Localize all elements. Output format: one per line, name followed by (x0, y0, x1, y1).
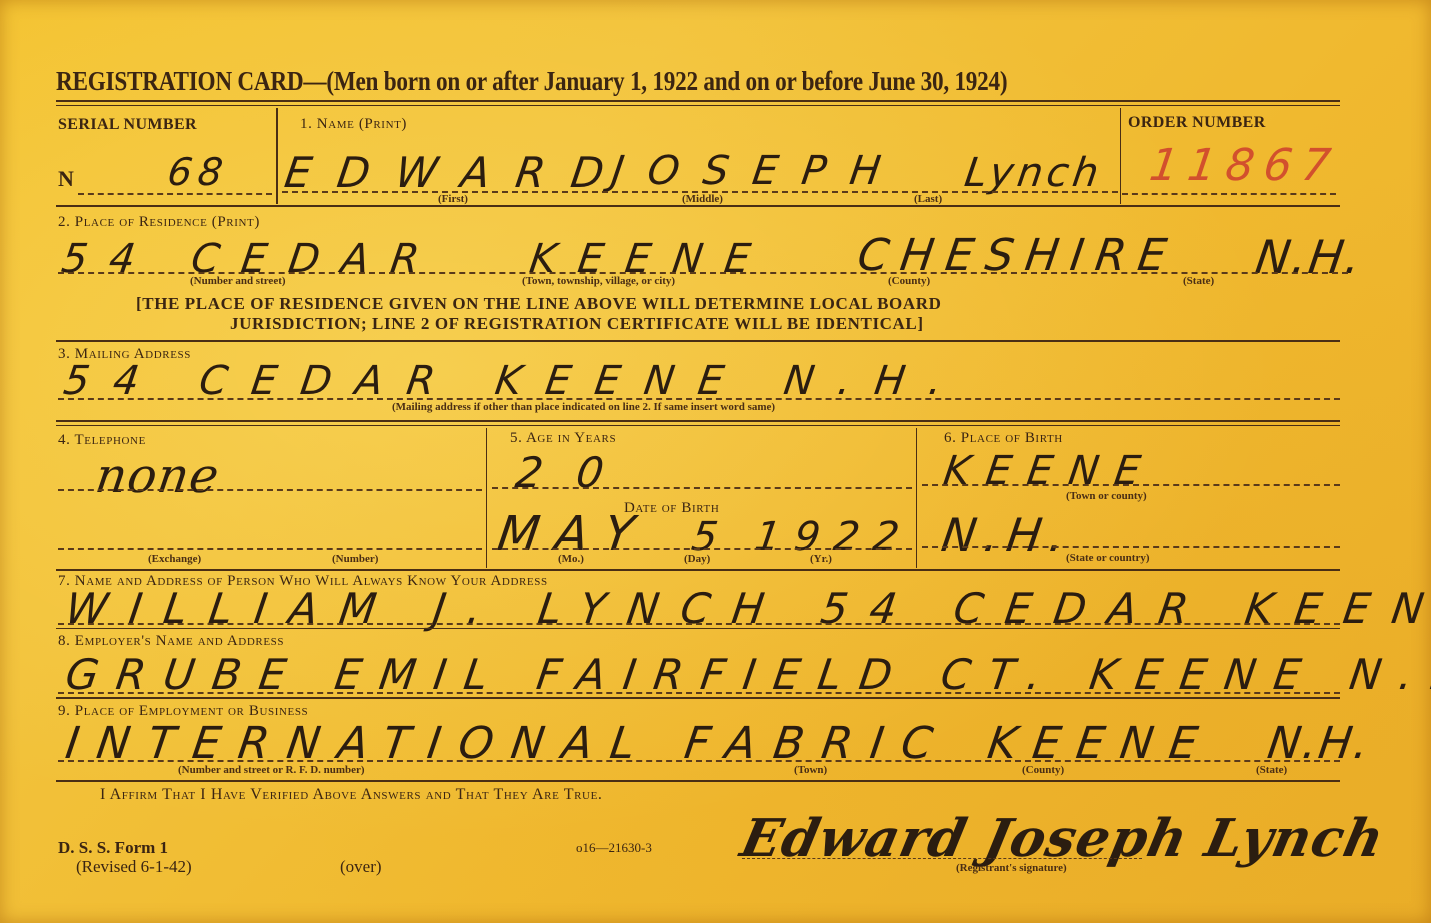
title-rule-2 (56, 105, 1340, 106)
row-rule (56, 697, 1340, 699)
dob-day-caption: (Day) (684, 553, 710, 565)
birthplace-state-line (922, 546, 1340, 548)
employment-town-caption: (Town) (794, 764, 827, 776)
birthplace-state-caption: (State or country) (1066, 552, 1150, 564)
name-last-value: Lynch (962, 150, 1106, 196)
age-line (492, 487, 912, 489)
row-rule (56, 628, 1340, 629)
birthplace-town-value: KEENE (941, 448, 1159, 494)
signature-caption: (Registrant's signature) (956, 862, 1067, 874)
residence-county-caption: (County) (888, 275, 930, 287)
divider (486, 428, 487, 568)
form-print-code: o16—21630-3 (576, 840, 652, 856)
name-first-value: EDWARD (282, 148, 633, 197)
divider (276, 108, 278, 204)
telephone-label: 4. Telephone (58, 432, 146, 449)
contact-value: WILLIAM J. LYNCH 54 CEDAR KEENE (63, 584, 1431, 633)
title-rule (56, 100, 1340, 102)
employment-state-caption: (State) (1256, 764, 1287, 776)
name-label: 1. Name (Print) (300, 116, 407, 133)
age-label: 5. Age in Years (510, 430, 616, 447)
telephone-exchange-caption: (Exchange) (148, 553, 201, 565)
row-rule (56, 780, 1340, 782)
employment-street-caption: (Number and street or R. F. D. number) (178, 764, 365, 776)
residence-town-caption: (Town, township, village, or city) (522, 275, 675, 287)
card-title: REGISTRATION CARD—(Men born on or after … (56, 66, 1007, 97)
age-value: 20 (513, 448, 641, 497)
form-number: D. S. S. Form 1 (58, 838, 168, 858)
name-first-caption: (First) (438, 193, 468, 205)
order-number-label: ORDER NUMBER (1128, 114, 1266, 132)
birthplace-town-caption: (Town or county) (1066, 490, 1147, 502)
residence-notice-line1: [THE PLACE OF RESIDENCE GIVEN ON THE LIN… (136, 294, 941, 314)
telephone-value: none (92, 448, 223, 504)
birthplace-state-value: N.H. (938, 508, 1076, 562)
row-rule (56, 340, 1340, 342)
employment-county-caption: (County) (1022, 764, 1064, 776)
registrant-signature: Edward Joseph Lynch (736, 808, 1390, 869)
affirmation-text: I Affirm That I Have Verified Above Answ… (100, 786, 603, 804)
mailing-line (58, 398, 1340, 400)
residence-notice-line2: JURISDICTION; LINE 2 OF REGISTRATION CER… (230, 314, 924, 334)
order-line (1122, 193, 1336, 195)
telephone-number-caption: (Number) (332, 553, 378, 565)
order-number-value: 11867 (1146, 140, 1343, 191)
row-rule (56, 205, 1340, 207)
telephone-line-2 (58, 548, 482, 550)
serial-line (78, 193, 272, 195)
employment-line (58, 760, 1340, 762)
residence-label: 2. Place of Residence (Print) (58, 214, 260, 231)
dob-year-value: 1922 (752, 514, 916, 560)
residence-state-value: N.H. (1252, 230, 1366, 284)
employer-label: 8. Employer's Name and Address (58, 633, 284, 650)
serial-number-value: 68 (165, 150, 232, 194)
row-rule (56, 420, 1340, 422)
form-over: (over) (340, 857, 382, 877)
signature-line (742, 858, 1142, 859)
name-middle-value: JOSEPH (609, 148, 908, 194)
birthplace-town-line (922, 484, 1340, 486)
divider (916, 428, 917, 568)
form-revised: (Revised 6-1-42) (76, 857, 192, 877)
divider (1120, 108, 1121, 204)
name-last-caption: (Last) (914, 193, 942, 205)
residence-line (58, 272, 1348, 274)
dob-month-caption: (Mo.) (558, 553, 584, 565)
row-rule (56, 569, 1340, 571)
dob-year-caption: (Yr.) (810, 553, 832, 565)
dob-line (492, 548, 912, 550)
name-middle-caption: (Middle) (682, 193, 723, 205)
residence-state-caption: (State) (1183, 275, 1214, 287)
employer-line (58, 692, 1340, 694)
serial-number-label: SERIAL NUMBER (58, 116, 197, 134)
contact-line (58, 623, 1340, 625)
registration-card: REGISTRATION CARD—(Men born on or after … (0, 0, 1431, 923)
telephone-line-1 (58, 489, 482, 491)
residence-street-caption: (Number and street) (190, 275, 286, 287)
birthplace-label: 6. Place of Birth (944, 430, 1063, 447)
serial-prefix: N (58, 166, 74, 192)
mailing-caption: (Mailing address if other than place ind… (392, 401, 775, 413)
row-rule-2 (56, 425, 1340, 426)
